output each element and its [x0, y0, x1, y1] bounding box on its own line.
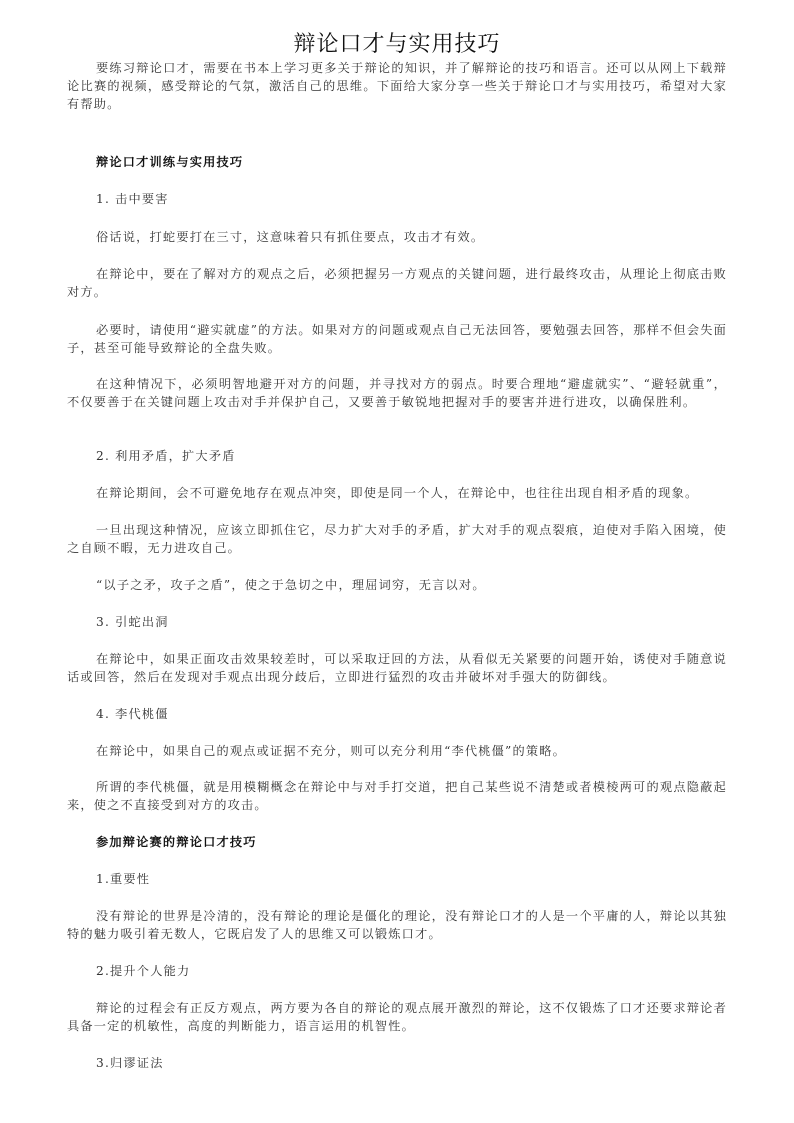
- item-label-reductio: 3.归谬证法: [67, 1054, 756, 1072]
- item-label-substitute: 4. 李代桃僵: [67, 705, 756, 723]
- paragraph: 在辩论中，如果正面攻击效果较差时，可以采取迂回的方法，从看似无关紧要的问题开始，…: [67, 650, 727, 686]
- section-heading-competition: 参加辩论赛的辩论口才技巧: [67, 833, 756, 851]
- item-label-use-contradiction: 2. 利用矛盾，扩大矛盾: [67, 447, 756, 465]
- item-label-hit-key-point: 1. 击中要害: [67, 190, 756, 208]
- document-page: 辩论口才与实用技巧 要练习辩论口才，需要在书本上学习更多关于辩论的知识，并了解辩…: [0, 0, 794, 1123]
- paragraph: 在这种情况下，必须明智地避开对方的问题，并寻找对方的弱点。时要合理地“避虚就实”…: [67, 375, 727, 411]
- section-heading-training: 辩论口才训练与实用技巧: [67, 153, 756, 171]
- paragraph: 没有辩论的世界是冷清的，没有辩论的理论是僵化的理论，没有辩论口才的人是一个平庸的…: [67, 907, 727, 943]
- paragraph: “以子之矛，攻子之盾”，使之于急切之中，理屈词穷，无言以对。: [67, 576, 727, 594]
- item-label-lure-snake: 3. 引蛇出洞: [67, 613, 756, 631]
- paragraph: 一旦出现这种情况，应该立即抓住它，尽力扩大对手的矛盾，扩大对手的观点裂痕，迫使对…: [67, 521, 727, 557]
- paragraph: 辩论的过程会有正反方观点，两方要为各自的辩论的观点展开激烈的辩论，这不仅锻炼了口…: [67, 999, 727, 1035]
- paragraph: 在辩论中，如果自己的观点或证据不充分，则可以充分利用“李代桃僵”的策略。: [67, 742, 727, 760]
- intro-paragraph: 要练习辩论口才，需要在书本上学习更多关于辩论的知识，并了解辩论的技巧和语言。还可…: [67, 59, 727, 113]
- item-label-improve-ability: 2.提升个人能力: [67, 962, 756, 980]
- paragraph: 在辩论期间，会不可避免地存在观点冲突，即使是同一个人，在辩论中，也往往出现自相矛…: [67, 484, 727, 502]
- paragraph: 所谓的李代桃僵，就是用模糊概念在辩论中与对手打交道，把自己某些说不清楚或者模棱两…: [67, 778, 727, 814]
- item-label-importance: 1.重要性: [67, 870, 756, 888]
- paragraph: 在辩论中，要在了解对方的观点之后，必须把握另一方观点的关键问题，进行最终攻击，从…: [67, 265, 727, 301]
- paragraph: 必要时，请使用“避实就虚”的方法。如果对方的问题或观点自己无法回答，要勉强去回答…: [67, 321, 727, 357]
- paragraph: 俗话说，打蛇要打在三寸，这意味着只有抓住要点，攻击才有效。: [67, 228, 727, 246]
- document-title: 辩论口才与实用技巧: [0, 30, 794, 60]
